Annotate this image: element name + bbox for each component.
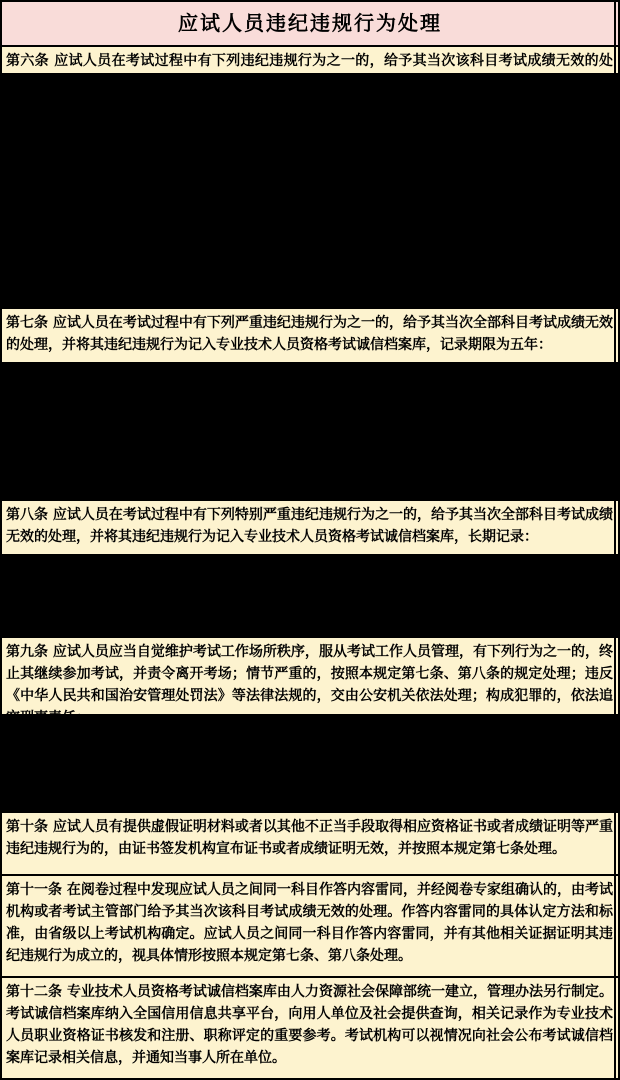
article-10-text: 第十条 应试人员有提供虚假证明材料或者以其他不正当手段取得相应资格证书或者成绩证…: [2, 813, 618, 874]
redacted-block-3: [2, 556, 618, 636]
rules-table: 应试人员违纪违规行为处理 第六条 应试人员在考试过程中有下列违纪违规行为之一的，…: [0, 0, 620, 1080]
redacted-block-4: [2, 716, 618, 811]
page-title: 应试人员违纪违规行为处理: [2, 2, 618, 45]
redacted-block-1: [2, 75, 618, 307]
redacted-block-2: [2, 364, 618, 499]
document-page: 应试人员违纪违规行为处理 第六条 应试人员在考试过程中有下列违纪违规行为之一的，…: [0, 0, 620, 1080]
article-11-text: 第十一条 在阅卷过程中发现应试人员之间同一科目作答内容雷同，并经阅卷专家组确认的…: [2, 876, 618, 976]
article-9-text: 第九条 应试人员应当自觉维护考试工作场所秩序，服从考试工作人员管理，有下列行为之…: [2, 638, 618, 714]
article-7-text: 第七条 应试人员在考试过程中有下列严重违纪违规行为之一的，给予其当次全部科目考试…: [2, 309, 618, 362]
article-12-text: 第十二条 专业技术人员资格考试诚信档案库由人力资源社会保障部统一建立，管理办法另…: [2, 978, 618, 1078]
table-right-border-line: [614, 2, 616, 1078]
article-8-text: 第八条 应试人员在考试过程中有下列特别严重违纪违规行为之一的，给予其当次全部科目…: [2, 501, 618, 554]
article-6-text: 第六条 应试人员在考试过程中有下列违纪违规行为之一的，给予其当次该科目考试成绩无…: [2, 47, 618, 73]
